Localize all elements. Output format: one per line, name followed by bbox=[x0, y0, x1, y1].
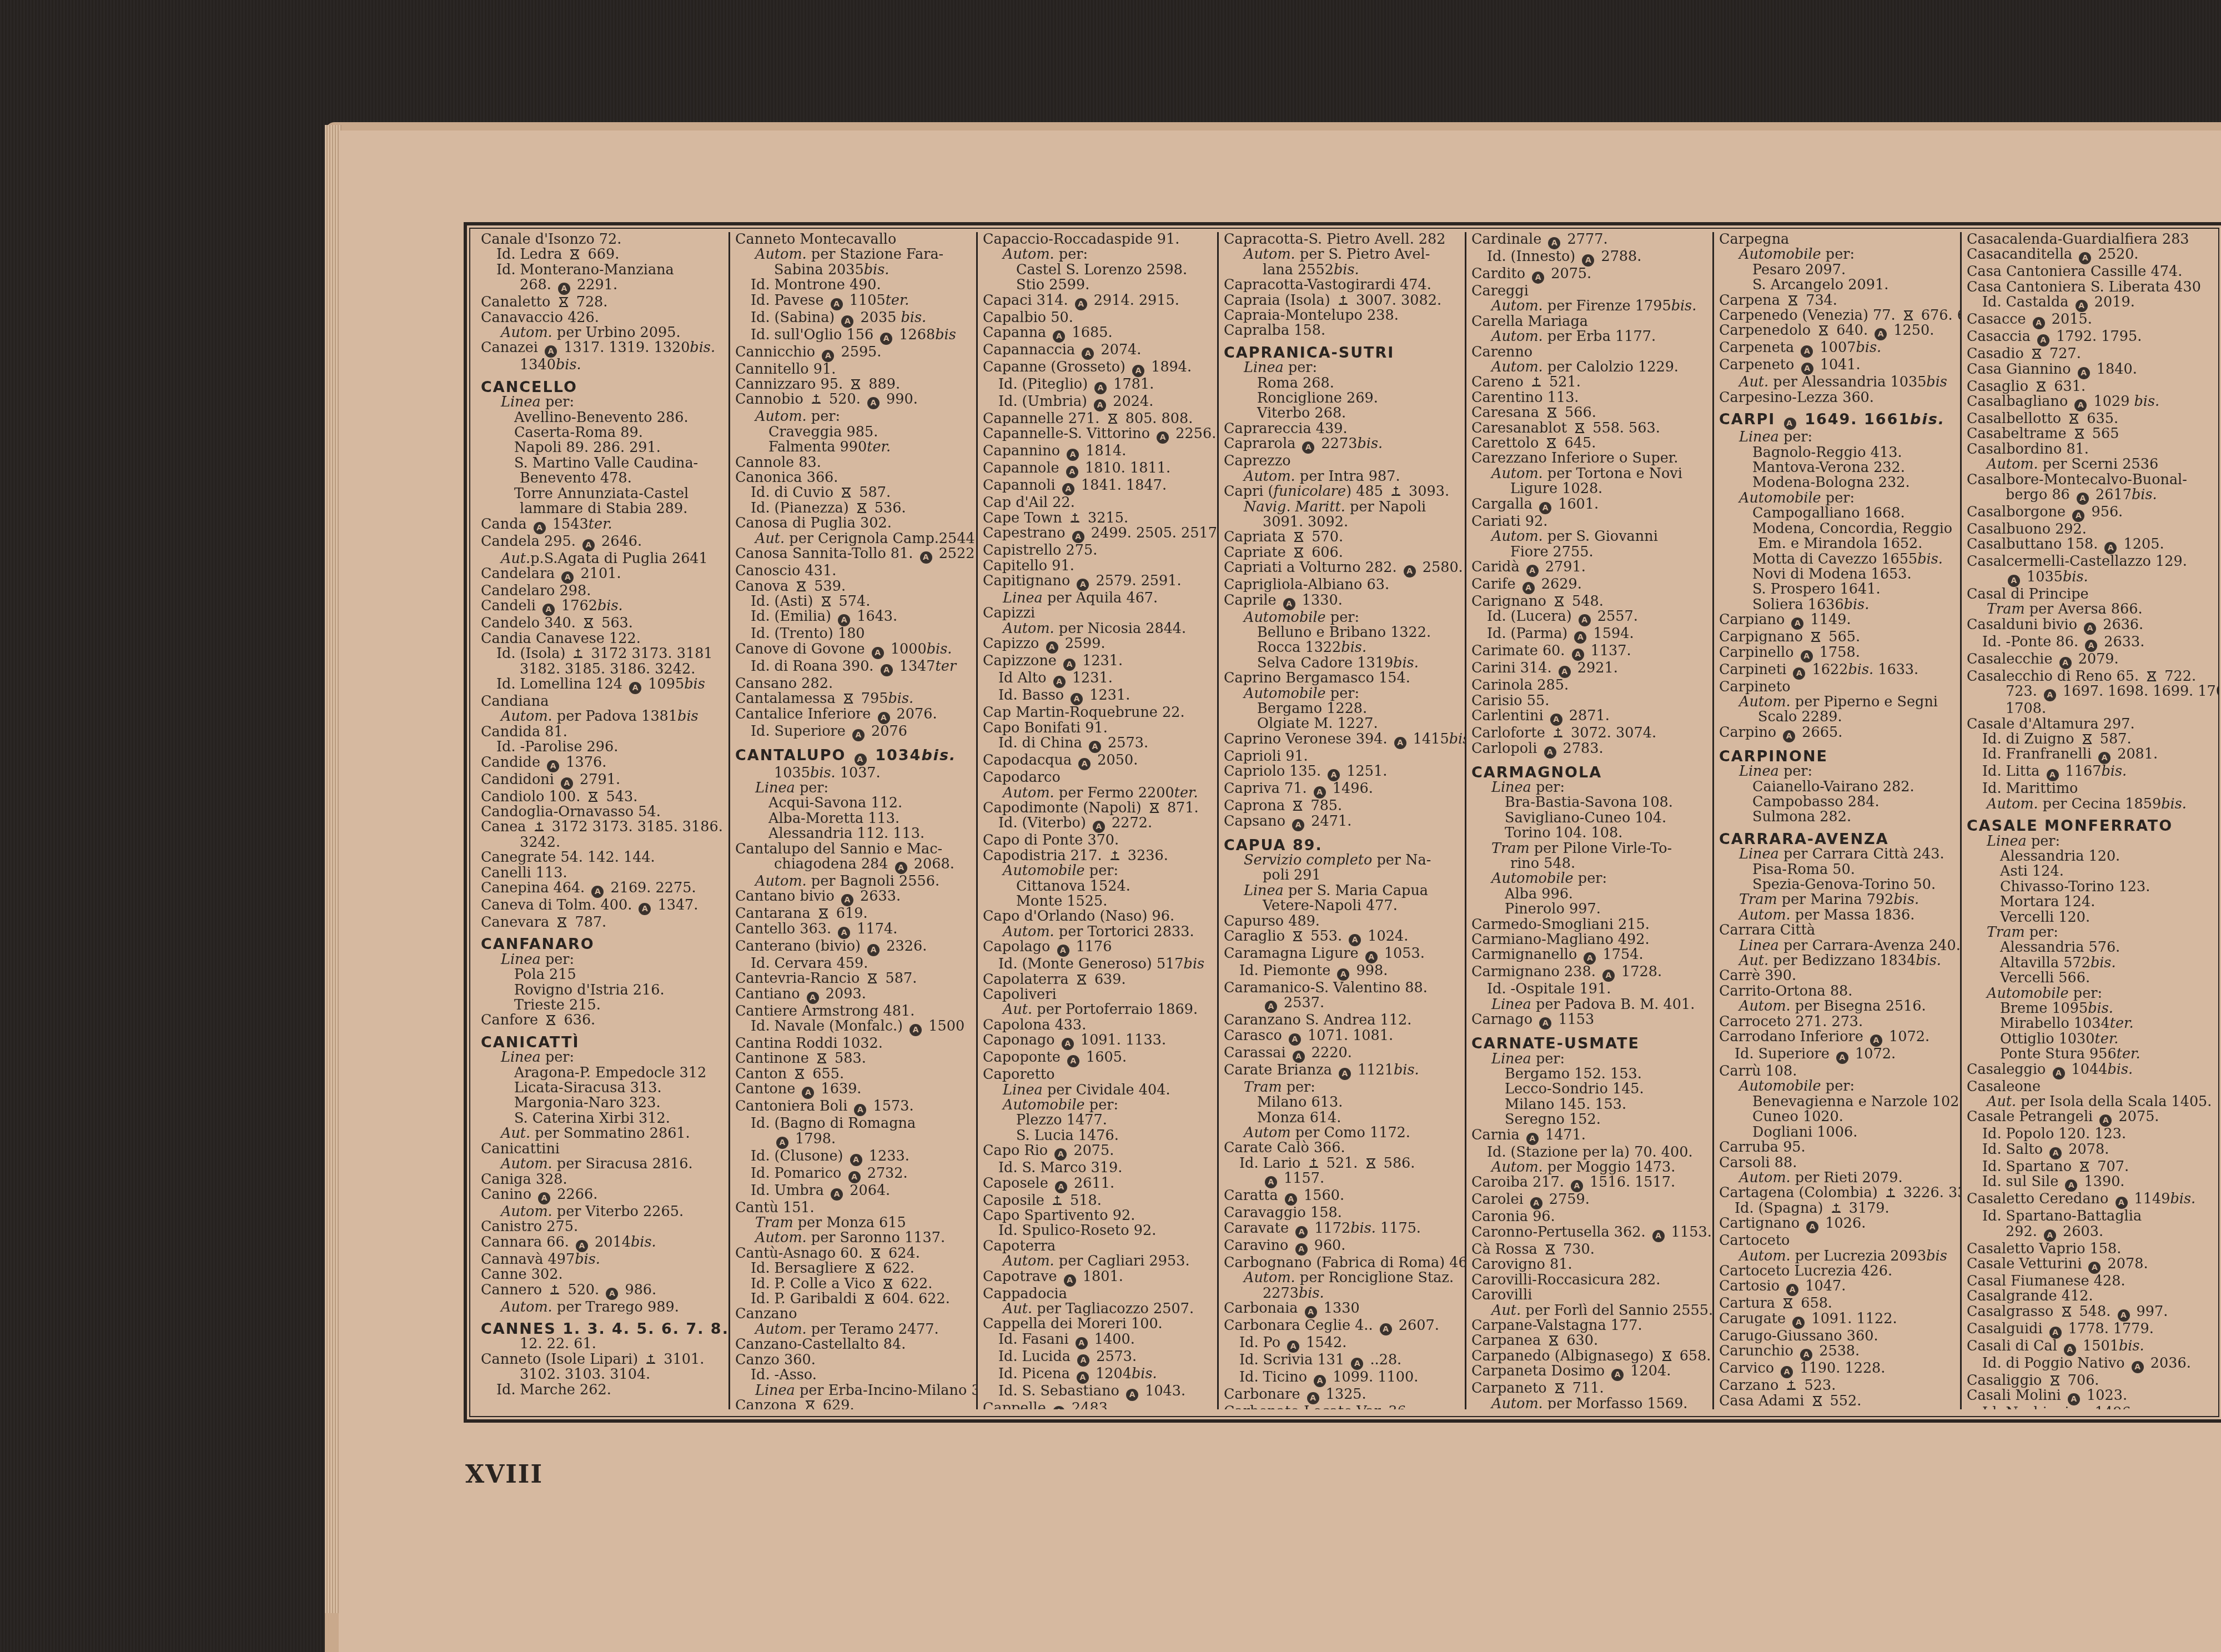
ship-anchor-icon bbox=[1308, 1157, 1320, 1169]
italic-text: bis bbox=[1926, 1248, 1947, 1264]
index-destination: Margonia-Naro 323. bbox=[481, 1096, 727, 1111]
auto-service-icon: A bbox=[1093, 821, 1105, 833]
index-entry: Candelo 340. 563. bbox=[481, 616, 727, 631]
index-destination: Caianello-Vairano 282. bbox=[1719, 780, 1957, 795]
auto-service-icon: A bbox=[1784, 418, 1796, 430]
index-entry: Capannaccia A 2074. bbox=[983, 343, 1214, 360]
italic-text: Autom. bbox=[501, 1203, 552, 1220]
index-entry: Canterano (bivio) A 2326. bbox=[735, 939, 973, 956]
auto-service-icon: A bbox=[2088, 1262, 2101, 1274]
index-entry: Cartagena (Colombia) 3226. 3321 bbox=[1719, 1186, 1957, 1201]
italic-text: Automobile bbox=[1244, 609, 1326, 626]
index-route-line: Autom. per Viterbo 2265. bbox=[481, 1204, 727, 1219]
index-entry: Carrù 108. bbox=[1719, 1064, 1957, 1079]
index-entry: Caronia 96. bbox=[1471, 1209, 1709, 1224]
auto-service-icon: A bbox=[1283, 598, 1295, 610]
ship-anchor-icon bbox=[1109, 850, 1121, 862]
index-continuation: 268. A 2291. bbox=[481, 278, 727, 295]
italic-text: Autom. bbox=[1491, 298, 1543, 314]
auto-service-icon: A bbox=[2033, 317, 2045, 329]
index-entry: Carpenedolo 640. A 1250. bbox=[1719, 323, 1957, 340]
italic-text: Autom. bbox=[755, 1321, 807, 1338]
index-heading: CARPI A 1649. 1661bis. bbox=[1719, 412, 1957, 430]
index-heading: CARRARA-AVENZA bbox=[1719, 832, 1957, 847]
auto-service-icon: A bbox=[776, 1137, 788, 1149]
italic-text: bis bbox=[1449, 731, 1465, 747]
italic-text: bis. bbox=[1393, 655, 1419, 671]
index-entry: Canda A 1543ter. bbox=[481, 517, 727, 534]
auto-service-icon: A bbox=[1132, 365, 1144, 377]
index-sub-entry: Id. Po A 1542. bbox=[1224, 1335, 1461, 1353]
index-route-line: Aut. per Tagliacozzo 2507. bbox=[983, 1302, 1214, 1317]
index-entry: Carasco A 1071. 1081. bbox=[1224, 1028, 1461, 1046]
index-route-line: Aut. per Sommatino 2861. bbox=[481, 1126, 727, 1141]
index-entry: Capodistria 217. 3236. bbox=[983, 848, 1214, 863]
index-destination: Aragona-P. Empedocle 312 bbox=[481, 1066, 727, 1081]
index-entry: Carroceto 271. 273. bbox=[1719, 1015, 1957, 1030]
index-route-line: Autom. per Fermo 2200ter. bbox=[983, 786, 1214, 801]
index-sub-entry: Id. Fasani A 1400. bbox=[983, 1332, 1214, 1349]
index-entry: Carpineti A 1622bis. 1633. bbox=[1719, 662, 1957, 680]
index-route-line: Aut.p.S.Agata di Puglia 2641 bbox=[481, 551, 727, 566]
index-entry: Canova 539. bbox=[735, 579, 973, 594]
index-entry: Cansano 282. bbox=[735, 676, 973, 691]
ship-anchor-icon bbox=[1069, 512, 1081, 524]
index-entry: Canicattini bbox=[481, 1142, 727, 1157]
auto-service-icon: A bbox=[1602, 970, 1615, 982]
index-entry: Candelara A 2101. bbox=[481, 566, 727, 584]
tramway-icon bbox=[2078, 1161, 2091, 1173]
tramway-icon bbox=[2049, 1374, 2061, 1387]
index-entry: Canepina 464. A 2169. 2275. bbox=[481, 881, 727, 898]
auto-service-icon: A bbox=[2118, 1309, 2130, 1322]
index-destination: Trieste 215. bbox=[481, 998, 727, 1013]
auto-service-icon: A bbox=[2077, 493, 2089, 505]
italic-text: ter. bbox=[886, 292, 909, 309]
index-sub-entry: Id. S. Marco 319. bbox=[983, 1161, 1214, 1176]
index-destination: Alba-Moretta 113. bbox=[735, 811, 973, 826]
index-heading: CARNATE-USMATE bbox=[1471, 1036, 1709, 1051]
index-sub-entry: Id. Lomellina 124 A 1095bis bbox=[481, 677, 727, 694]
auto-service-icon: A bbox=[2053, 1067, 2065, 1079]
italic-text: bis. bbox=[1856, 339, 1881, 356]
index-sub-entry: Id. (Emilia) A 1643. bbox=[735, 609, 973, 626]
index-entry: Carloforte 3072. 3074. bbox=[1471, 726, 1709, 741]
italic-text: bis. bbox=[597, 597, 623, 614]
index-entry: Carovilli bbox=[1471, 1288, 1709, 1303]
index-entry: Capsano A 2471. bbox=[1224, 814, 1461, 831]
index-entry: Candia Canavese 122. bbox=[481, 631, 727, 646]
index-route-line: Linea per: bbox=[1471, 780, 1709, 795]
index-entry: Casaletto Ceredano A 1149bis. bbox=[1967, 1192, 2215, 1209]
italic-text: bis. bbox=[1357, 435, 1383, 452]
auto-service-icon: A bbox=[1292, 819, 1304, 831]
auto-service-icon: A bbox=[1076, 1337, 1088, 1349]
index-destination: Pinerolo 997. bbox=[1471, 902, 1709, 917]
index-destination: Torino 104. 108. bbox=[1471, 826, 1709, 841]
index-destination: Savigliano-Cuneo 104. bbox=[1471, 811, 1709, 826]
italic-text: Autom. bbox=[1739, 1248, 1791, 1264]
index-route-line: Tram per: bbox=[1967, 925, 2215, 940]
auto-service-icon: A bbox=[2132, 1361, 2144, 1373]
index-entry: Casalcermelli-Castellazzo 129. bbox=[1967, 554, 2215, 569]
italic-text: Tram bbox=[1987, 924, 2025, 941]
italic-text: Autom. bbox=[1491, 328, 1543, 345]
index-entry: Canea 3172 3173. 3185. 3186. bbox=[481, 820, 727, 835]
italic-text: Autom. bbox=[1491, 359, 1543, 375]
italic-text: Tram bbox=[1739, 891, 1777, 908]
index-entry: Caneva di Tolm. 400. A 1347. bbox=[481, 898, 727, 915]
index-destination: Alba 996. bbox=[1471, 887, 1709, 902]
index-entry: Cantalamessa 795bis. bbox=[735, 691, 973, 706]
index-destination: S. Prospero 1641. bbox=[1719, 582, 1957, 597]
tramway-icon bbox=[2081, 733, 2093, 745]
index-entry: Caprezzo bbox=[1224, 454, 1461, 469]
index-continuation: bergo 86 A 2617bis. bbox=[1967, 488, 2215, 505]
auto-service-icon: A bbox=[1287, 1340, 1299, 1353]
index-route-line: Autom. per: bbox=[735, 409, 973, 424]
index-entry: Cannobio 520. A 990. bbox=[735, 392, 973, 409]
index-entry: Canove di Govone A 1000bis. bbox=[735, 642, 973, 659]
italic-text: bis bbox=[935, 327, 956, 343]
tramway-icon bbox=[1292, 930, 1304, 942]
index-entry: Capestrano A 2499. 2505. 2517. bbox=[983, 526, 1214, 543]
index-entry: Capannelle 271. 805. 808. bbox=[983, 411, 1214, 426]
index-route-line: Autom. per S. Giovanni bbox=[1471, 529, 1709, 544]
index-destination: Ottiglio 1030ter. bbox=[1967, 1032, 2215, 1047]
index-route-line: Autom. per Cecina 1859bis. bbox=[1967, 797, 2215, 812]
index-destination: Rocca 1322bis. bbox=[1224, 640, 1461, 655]
index-route-line: Autom. per Cagliari 2953. bbox=[983, 1254, 1214, 1269]
index-continuation: A 1798. bbox=[735, 1132, 973, 1149]
index-route-line: Autom. per Morfasso 1569. bbox=[1471, 1397, 1709, 1409]
ship-anchor-icon bbox=[1051, 1194, 1063, 1207]
index-destination: S. Martino Valle Caudina- bbox=[481, 456, 727, 471]
index-entry: Capannino A 1814. bbox=[983, 444, 1214, 461]
index-entry: Cantalice Inferiore A 2076. bbox=[735, 707, 973, 724]
index-route-line: Autom. per Intra 987. bbox=[1224, 469, 1461, 484]
index-entry: Cannole 83. bbox=[735, 455, 973, 470]
index-sub-entry: Id. di China A 2573. bbox=[983, 736, 1214, 753]
italic-text: Automobile bbox=[1491, 870, 1574, 887]
auto-service-icon: A bbox=[1075, 298, 1087, 310]
index-continuation: Fiore 2755. bbox=[1471, 545, 1709, 560]
index-entry: Canino A 2266. bbox=[481, 1187, 727, 1204]
index-entry: Capralba 158. bbox=[1224, 323, 1461, 338]
tramway-icon bbox=[587, 791, 599, 803]
index-entry: Carsoli 88. bbox=[1719, 1156, 1957, 1171]
auto-service-icon: A bbox=[1584, 952, 1596, 965]
auto-service-icon: A bbox=[1793, 667, 1805, 680]
italic-text: Autom. bbox=[1003, 1253, 1054, 1269]
index-destination: Alessandria 576. bbox=[1967, 940, 2215, 955]
index-entry: Caravaggio 158. bbox=[1224, 1206, 1461, 1221]
index-destination: Soliera 1636bis. bbox=[1719, 597, 1957, 612]
index-entry: Carisio 55. bbox=[1471, 694, 1709, 709]
index-entry: Canavaccio 426. bbox=[481, 310, 727, 325]
italic-text: Linea bbox=[1491, 779, 1531, 796]
index-route-line: Linea per Carrara-Avenza 240. bbox=[1719, 938, 1957, 953]
index-entry: Casaliggio 706. bbox=[1967, 1373, 2215, 1388]
auto-service-icon: A bbox=[1289, 1033, 1301, 1046]
index-continuation: Em. e Mirandola 1652. bbox=[1719, 536, 1957, 551]
index-entry: Cantù-Asnago 60. 624. bbox=[735, 1246, 973, 1261]
index-entry: Capriati a Volturno 282. A 2580. bbox=[1224, 560, 1461, 578]
index-entry: Cappella dei Moreri 100. bbox=[983, 1317, 1214, 1332]
index-entry: Casa Giannino A 1840. bbox=[1967, 362, 2215, 379]
italic-text: bis. bbox=[2108, 1061, 2133, 1078]
index-destination: Viterbo 268. bbox=[1224, 406, 1461, 421]
ship-anchor-icon bbox=[1830, 1202, 1842, 1214]
index-route-line: Servizio completo per Na- bbox=[1224, 853, 1461, 868]
auto-service-icon: A bbox=[807, 992, 819, 1004]
index-entry: Caraglio 553. A 1024. bbox=[1224, 929, 1461, 946]
italic-text: Autom. bbox=[755, 246, 807, 263]
auto-service-icon: A bbox=[1057, 945, 1069, 957]
index-continuation: A 1035bis. bbox=[1967, 570, 2215, 587]
auto-service-icon: A bbox=[838, 614, 850, 626]
index-entry: Capo d'Orlando (Naso) 96. bbox=[983, 909, 1214, 924]
index-entry: Carpino A 2665. bbox=[1719, 725, 1957, 742]
auto-service-icon: A bbox=[1786, 1284, 1798, 1296]
auto-service-icon: A bbox=[838, 927, 850, 939]
index-destination: Lecco-Sondrio 145. bbox=[1471, 1082, 1709, 1097]
index-entry: Cannavà 497bis. bbox=[481, 1252, 727, 1267]
index-entry: Caravate A 1172bis. 1175. bbox=[1224, 1221, 1461, 1238]
index-entry: Casalgrande 412. bbox=[1967, 1289, 2215, 1304]
auto-service-icon: A bbox=[1064, 1274, 1076, 1287]
index-sub-entry: Id. (Sabina) A 2035 bis. bbox=[735, 310, 973, 328]
index-route-line: Automobile per: bbox=[1719, 247, 1957, 262]
auto-service-icon: A bbox=[542, 604, 555, 616]
italic-text: bis. bbox=[927, 641, 952, 657]
index-entry: Casal di Principe bbox=[1967, 587, 2215, 602]
auto-service-icon: A bbox=[841, 894, 853, 906]
index-entry: Capriata 570. bbox=[1224, 530, 1461, 545]
index-entry: Capo Rio A 2075. bbox=[983, 1143, 1214, 1161]
tramway-icon bbox=[866, 972, 878, 985]
index-column-2: Canneto MontecavalloAutom. per Stazione … bbox=[732, 232, 976, 1409]
index-route-line: Autom. per Firenze 1795bis. bbox=[1471, 299, 1709, 314]
index-entry: Carassai A 2220. bbox=[1224, 1046, 1461, 1063]
italic-text: bis. bbox=[1916, 952, 1941, 969]
index-entry: Cà Rossa 730. bbox=[1471, 1242, 1709, 1257]
italic-text: funicolare bbox=[1273, 483, 1346, 500]
index-continuation: Scalo 2289. bbox=[1719, 710, 1957, 725]
tramway-icon bbox=[804, 1399, 816, 1409]
italic-text: ter. bbox=[2095, 1031, 2119, 1047]
index-continuation: 3102. 3103. 3104. bbox=[481, 1367, 727, 1382]
index-destination: Mirabello 1034ter. bbox=[1967, 1016, 2215, 1031]
index-entry: Carbonate-Locate Var. 36.. bbox=[1224, 1404, 1461, 1409]
index-entry: Capaci 314. A 2914. 2915. bbox=[983, 293, 1214, 310]
index-route-line: Automobile per: bbox=[1967, 986, 2215, 1001]
auto-service-icon: A bbox=[1836, 1052, 1848, 1064]
index-column-3: Capaccio-Roccadaspide 91.Autom. per:Cast… bbox=[979, 232, 1217, 1409]
italic-text: bis. bbox=[690, 339, 715, 356]
italic-text: Linea bbox=[501, 951, 541, 968]
index-entry: Cantello 363. A 1174. bbox=[735, 922, 973, 939]
index-entry: Canzano bbox=[735, 1307, 973, 1322]
auto-service-icon: A bbox=[1062, 1038, 1074, 1050]
italic-text: ter. bbox=[2110, 1015, 2134, 1032]
italic-text: Linea bbox=[501, 394, 541, 410]
index-entry: Canzo 360. bbox=[735, 1353, 973, 1368]
index-entry: Caresanablot 558. 563. bbox=[1471, 421, 1709, 436]
index-sub-entry: Id. Lario 521. 586. bbox=[1224, 1156, 1461, 1171]
index-route-line: Autom. per Bisegna 2516. bbox=[1719, 999, 1957, 1014]
index-route-line: Autom. per Bagnoli 2556. bbox=[735, 874, 973, 889]
index-entry: Carpena 734. bbox=[1719, 293, 1957, 308]
auto-service-icon: A bbox=[1526, 1133, 1539, 1145]
tramway-icon bbox=[1787, 294, 1799, 307]
index-destination: Bra-Bastia-Savona 108. bbox=[1471, 795, 1709, 810]
index-entry: Casalduni bivio A 2636. bbox=[1967, 617, 2215, 635]
index-entry: Carovilli-Roccasicura 282. bbox=[1471, 1273, 1709, 1288]
index-destination: Altavilla 572bis. bbox=[1967, 956, 2215, 971]
index-route-line: Linea per: bbox=[1224, 360, 1461, 375]
index-destination: Rovigno d'Istria 216. bbox=[481, 983, 727, 998]
index-route-line: Autom. per Piperno e Segni bbox=[1719, 695, 1957, 710]
auto-service-icon: A bbox=[1077, 579, 1089, 591]
tramway-icon bbox=[1293, 531, 1305, 543]
italic-text: bis bbox=[684, 676, 705, 692]
index-entry: Carpesino-Lezza 360. bbox=[1719, 390, 1957, 405]
index-destination: Pisa-Roma 50. bbox=[1719, 862, 1957, 877]
index-entry: Casadio 727. bbox=[1967, 347, 2215, 361]
ship-anchor-icon bbox=[1885, 1187, 1897, 1199]
index-entry: Caprino Veronese 394. A 1415bis bbox=[1224, 732, 1461, 749]
index-entry: Carpinello A 1758. bbox=[1719, 645, 1957, 662]
index-entry: Canoscio 431. bbox=[735, 564, 973, 579]
auto-service-icon: A bbox=[841, 315, 853, 328]
index-destination: Milano 613. bbox=[1224, 1095, 1461, 1110]
index-sub-entry: Id. Piemonte A 998. bbox=[1224, 963, 1461, 981]
italic-text: Autom. bbox=[1244, 1269, 1295, 1286]
index-route-line: Aut. per Forlì del Sannio 2555. bbox=[1471, 1303, 1709, 1318]
italic-text: Autom. bbox=[1739, 907, 1791, 923]
tramway-icon bbox=[864, 1262, 876, 1274]
auto-service-icon: A bbox=[639, 903, 651, 915]
italic-text: Linea bbox=[755, 780, 795, 796]
auto-service-icon: A bbox=[1351, 1358, 1363, 1370]
index-sub-entry: Id. Monterano-Manziana bbox=[481, 263, 727, 278]
index-route-line: Automobile per: bbox=[1471, 871, 1709, 886]
italic-text: bis. bbox=[1132, 1365, 1157, 1382]
auto-service-icon: A bbox=[1574, 631, 1586, 644]
index-sub-entry: Id. Ticino A 1099. 1100. bbox=[1224, 1370, 1461, 1387]
index-destination: Castel S. Lorenzo 2598. bbox=[983, 263, 1214, 278]
auto-service-icon: A bbox=[2084, 622, 2096, 635]
index-destination: Olgiate M. 1227. bbox=[1224, 716, 1461, 731]
auto-service-icon: A bbox=[1800, 1349, 1812, 1361]
index-entry: Cantiere Armstrong 481. bbox=[735, 1004, 973, 1019]
ship-anchor-icon bbox=[1530, 376, 1542, 388]
index-entry: Casalbellotto 635. bbox=[1967, 411, 2215, 426]
italic-text: Aut. bbox=[1003, 1300, 1032, 1317]
italic-text: Automobile bbox=[1739, 246, 1821, 263]
index-entry: Casa Cantoniera S. Liberata 430 bbox=[1967, 280, 2215, 295]
auto-service-icon: A bbox=[855, 754, 867, 766]
italic-text: Autom. bbox=[755, 408, 807, 425]
index-sub-entry: Id. S. Sebastiano A 1043. bbox=[983, 1384, 1214, 1401]
index-entry: Cannicchio A 2595. bbox=[735, 345, 973, 362]
auto-service-icon: A bbox=[1548, 237, 1560, 249]
italic-text: bis. bbox=[1299, 1285, 1324, 1302]
index-entry: Carunchio A 2538. bbox=[1719, 1344, 1957, 1361]
index-route-line: Linea per: bbox=[1719, 430, 1957, 445]
index-entry: Capodimonte (Napoli) 871. bbox=[983, 801, 1214, 816]
italic-text: Autom. bbox=[1003, 246, 1054, 263]
index-destination: S. Arcangelo 2091. bbox=[1719, 278, 1957, 293]
auto-service-icon: A bbox=[1526, 565, 1539, 577]
index-continuation: 1708. bbox=[1967, 701, 2215, 716]
index-route-line: Autom. per Tortorici 2833. bbox=[983, 925, 1214, 940]
auto-service-icon: A bbox=[1870, 1035, 1882, 1047]
index-continuation: 3091. 3092. bbox=[1224, 515, 1461, 530]
index-entry: Casalbuono 292. bbox=[1967, 522, 2215, 537]
index-sub-entry: Id. Pomarico A 2732. bbox=[735, 1166, 973, 1183]
index-entry: Carpineto bbox=[1719, 680, 1957, 695]
index-entry: Capannoli A 1841. 1847. bbox=[983, 478, 1214, 495]
auto-service-icon: A bbox=[538, 1192, 550, 1204]
index-sub-entry: Id. Spartano 707. bbox=[1967, 1159, 2215, 1174]
index-sub-entry: Id. di Zuigno 587. bbox=[1967, 732, 2215, 747]
index-entry: Casalecchie A 2079. bbox=[1967, 652, 2215, 669]
index-route-line: Autom. per Lucrezia 2093bis bbox=[1719, 1249, 1957, 1264]
index-entry: Carpiano A 1149. bbox=[1719, 612, 1957, 630]
index-destination: Mantova-Verona 232. bbox=[1719, 460, 1957, 475]
index-entry: Casalbore-Montecalvo-Buonal- bbox=[1967, 473, 2215, 488]
index-route-line: Linea per: bbox=[735, 781, 973, 796]
tramway-icon bbox=[1902, 309, 1915, 322]
italic-text: Linea bbox=[1987, 833, 2027, 850]
index-sub-entry: Id. (Isola) 3172 3173. 3181 bbox=[481, 646, 727, 661]
tramway-icon bbox=[870, 1247, 882, 1259]
index-destination: Chivasso-Torino 123. bbox=[1967, 880, 2215, 895]
index-continuation: lammare di Stabia 289. bbox=[481, 501, 727, 516]
auto-service-icon: A bbox=[1380, 1323, 1392, 1335]
index-heading: CANTALUPO A 1034bis. bbox=[735, 748, 973, 766]
auto-service-icon: A bbox=[2064, 1344, 2076, 1356]
auto-service-icon: A bbox=[1265, 1001, 1277, 1013]
index-entry: Cantalupo del Sannio e Mac- bbox=[735, 842, 973, 857]
index-entry: Carbonare A 1325. bbox=[1224, 1387, 1461, 1404]
tramway-icon bbox=[1544, 1243, 1556, 1256]
auto-service-icon: A bbox=[895, 862, 907, 874]
index-entry: Capitignano A 2579. 2591. bbox=[983, 574, 1214, 591]
auto-service-icon: A bbox=[1077, 1354, 1089, 1367]
index-entry: Capaccio-Roccadaspide 91. bbox=[983, 232, 1214, 247]
auto-service-icon: A bbox=[2049, 1147, 2062, 1159]
index-destination: S. Lucia 1476. bbox=[983, 1128, 1214, 1143]
auto-service-icon: A bbox=[1082, 348, 1094, 360]
italic-text: Autom. bbox=[1491, 465, 1543, 482]
index-route-line: Autom. per Tortona e Novi bbox=[1471, 466, 1709, 481]
index-route-line: Autom. per Massa 1836. bbox=[1719, 908, 1957, 923]
index-sub-entry: Id. -Ospitale 191. bbox=[1471, 982, 1709, 997]
auto-service-icon: A bbox=[1072, 531, 1084, 543]
index-column-1: Canale d'Isonzo 72.Id. Ledra 669.Id. Mon… bbox=[478, 232, 730, 1409]
index-route-line: Aut. per Alessandria 1035bis bbox=[1719, 375, 1957, 390]
tramway-icon bbox=[1148, 802, 1160, 814]
tramway-icon bbox=[1782, 1297, 1794, 1309]
index-route-line: Linea per: bbox=[481, 952, 727, 967]
tramway-icon bbox=[820, 595, 832, 607]
italic-text: bis. bbox=[1917, 551, 1943, 568]
auto-service-icon: A bbox=[2104, 542, 2117, 554]
auto-service-icon: A bbox=[1801, 650, 1813, 662]
